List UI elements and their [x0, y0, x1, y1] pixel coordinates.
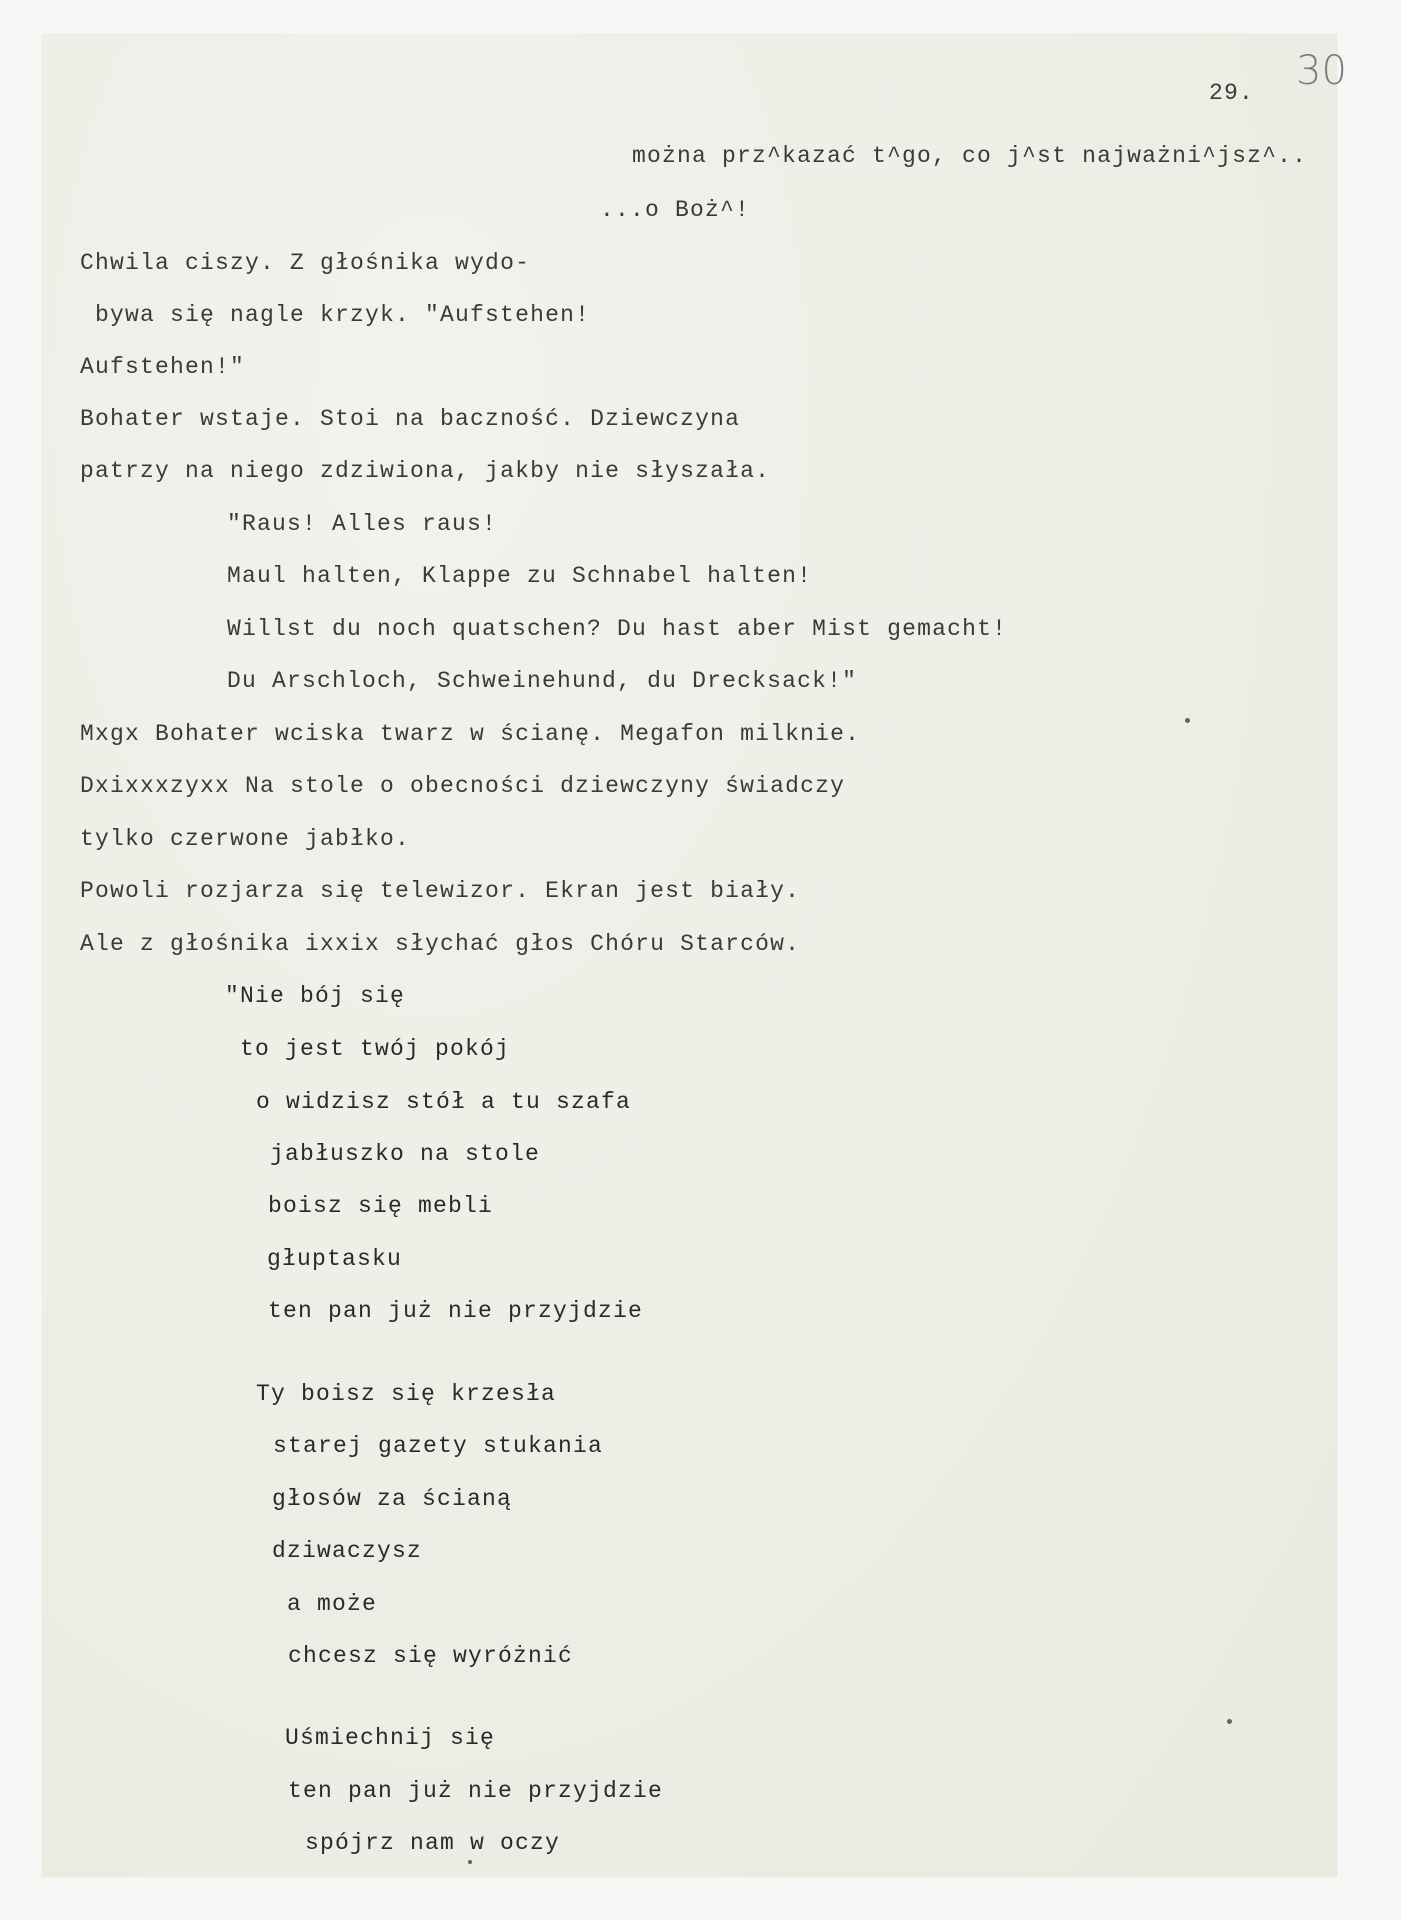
poem-line: starej gazety stukania	[273, 1433, 603, 1459]
text-line: Powoli rozjarza się telewizor. Ekran jes…	[80, 878, 800, 904]
poem-line: boisz się mebli	[268, 1193, 493, 1219]
poem-line: ten pan już nie przyjdzie	[288, 1778, 663, 1804]
text-line: Dxixxxzyxx Na stole o obecności dziewczy…	[80, 773, 845, 799]
page-number: 29.	[1209, 80, 1254, 106]
poem-line: a może	[287, 1591, 377, 1617]
poem-line: spójrz nam w oczy	[305, 1830, 560, 1856]
text-line: Mxgx Bohater wciska twarz w ścianę. Mega…	[80, 721, 860, 747]
text-line: Aufstehen!"	[80, 354, 245, 380]
poem-line: chcesz się wyróżnić	[288, 1643, 573, 1669]
text-line: Chwila ciszy. Z głośnika wydo-	[80, 250, 530, 276]
paper-speck	[1185, 718, 1190, 723]
poem-line: ten pan już nie przyjdzie	[268, 1298, 643, 1324]
paper-speck	[1227, 1719, 1232, 1724]
text-line: można prz^kazać t^go, co j^st najważni^j…	[632, 143, 1307, 169]
text-line: Du Arschloch, Schweinehund, du Drecksack…	[227, 668, 857, 694]
text-line: Ale z głośnika ixxix słychać głos Chóru …	[80, 931, 800, 957]
text-line: Willst du noch quatschen? Du hast aber M…	[227, 616, 1007, 642]
poem-line: dziwaczysz	[272, 1538, 422, 1564]
text-line: ...o Boż^!	[600, 197, 750, 223]
poem-line: głuptasku	[267, 1246, 402, 1272]
poem-line: jabłuszko na stole	[270, 1141, 540, 1167]
poem-line: Uśmiechnij się	[285, 1725, 495, 1751]
poem-line: Ty boisz się krzesła	[256, 1381, 556, 1407]
text-line: bywa się nagle krzyk. "Aufstehen!	[95, 302, 590, 328]
text-line: patrzy na niego zdziwiona, jakby nie sły…	[80, 458, 770, 484]
text-line: Bohater wstaje. Stoi na baczność. Dziewc…	[80, 406, 740, 432]
poem-line: to jest twój pokój	[240, 1036, 510, 1062]
text-line: Maul halten, Klappe zu Schnabel halten!	[227, 563, 812, 589]
poem-line: o widzisz stół a tu szafa	[256, 1089, 631, 1115]
poem-line: "Nie bój się	[225, 983, 405, 1009]
paper-speck	[468, 1860, 472, 1864]
text-line: "Raus! Alles raus!	[227, 511, 497, 537]
poem-line: głosów za ścianą	[272, 1486, 512, 1512]
text-line: tylko czerwone jabłko.	[80, 826, 410, 852]
archive-number: 30	[1296, 48, 1347, 94]
